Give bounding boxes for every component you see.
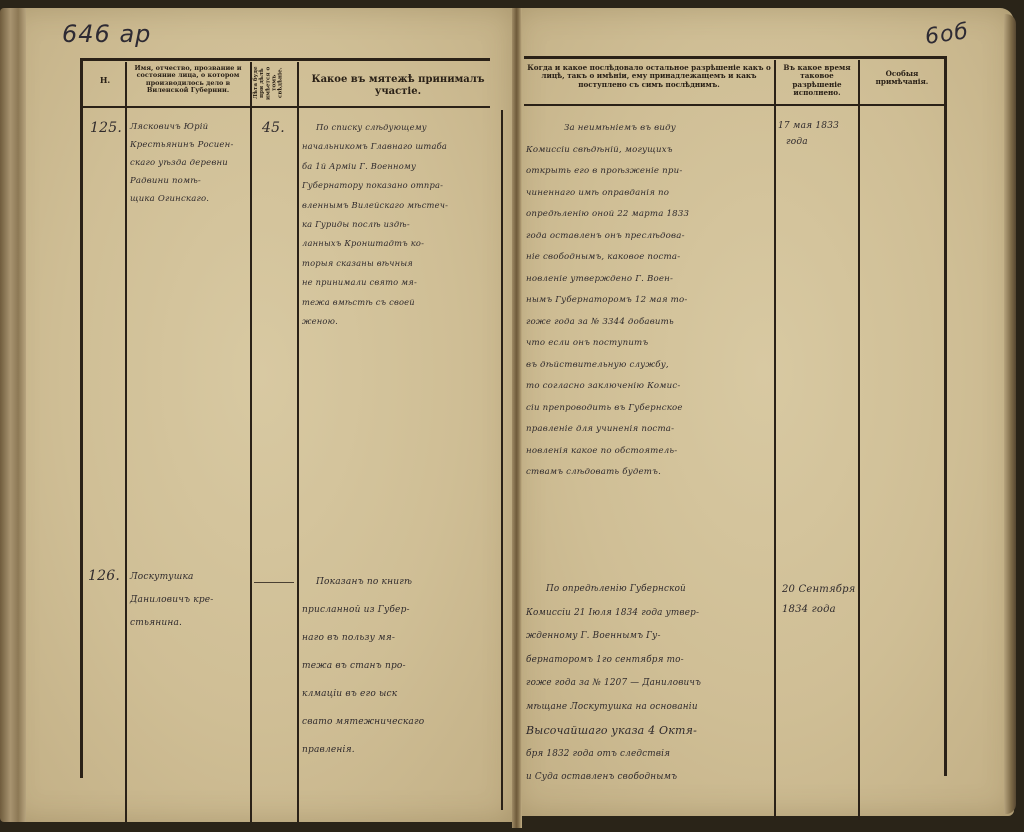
ledger-spread: 646 ар 6об Н. Имя, отчество, прозвание и… — [0, 0, 1024, 832]
entry-number: 126. — [88, 564, 120, 589]
header-number: Н. — [88, 76, 122, 85]
col-rule-name — [125, 62, 127, 822]
book-gutter — [512, 8, 522, 828]
entry-number: 125. — [90, 116, 122, 141]
header-bottom-rule-left — [82, 106, 490, 108]
header-resolution: Когда и какое послѣдовало остальное разр… — [526, 64, 772, 89]
left-border-rule — [80, 58, 83, 778]
folio-number-left: 646 ар — [62, 20, 151, 48]
entry-executed-date: 17 мая 1833 года — [778, 118, 839, 150]
header-name: Имя, отчество, прозвание и состояние лиц… — [128, 65, 248, 95]
col-rule-age — [250, 62, 252, 822]
entry-name: Лясковичъ Юрій Крестьянинъ Росиен- скаго… — [130, 118, 234, 208]
header-top-rule-right — [524, 56, 946, 59]
entry-resolution: По опредѣленію Губернской Комиссіи 21 Ію… — [526, 578, 701, 790]
entry-participation: Показанъ по книгѣ присланной из Губер- н… — [302, 568, 424, 764]
right-border-rule — [944, 56, 947, 776]
header-participation: Какое въ мятежѣ принималъ участіе. — [300, 74, 496, 97]
header-bottom-rule-right — [524, 104, 944, 106]
left-page-inner-rule — [501, 110, 503, 810]
col-rule-executed — [774, 60, 776, 820]
right-page-edge — [1004, 14, 1016, 814]
entry-age: 45. — [262, 116, 285, 141]
entry-executed-date: 20 Сентября 1834 года — [782, 580, 856, 620]
header-top-rule-left — [82, 58, 490, 61]
col-rule-notes — [858, 60, 860, 820]
header-executed: Въ какое время таковое разрѣшеніе исполн… — [777, 64, 857, 97]
left-page-edge — [0, 8, 26, 822]
header-notes: Особыя примѣчанія. — [861, 70, 943, 87]
col-rule-participation — [297, 62, 299, 822]
entry-name: Лоскутушка Даниловичъ кре- стьянина. — [130, 566, 214, 635]
header-age: Лѣта буде при дѣлѣ имѣется о томъ свѣдѣн… — [253, 62, 295, 104]
entry-resolution: За неимѣніемъ въ виду Комиссіи свѣдѣній,… — [526, 118, 689, 484]
entry-age-dash — [254, 582, 294, 583]
entry-participation: По списку слѣдующему начальникомъ Главна… — [302, 118, 448, 331]
